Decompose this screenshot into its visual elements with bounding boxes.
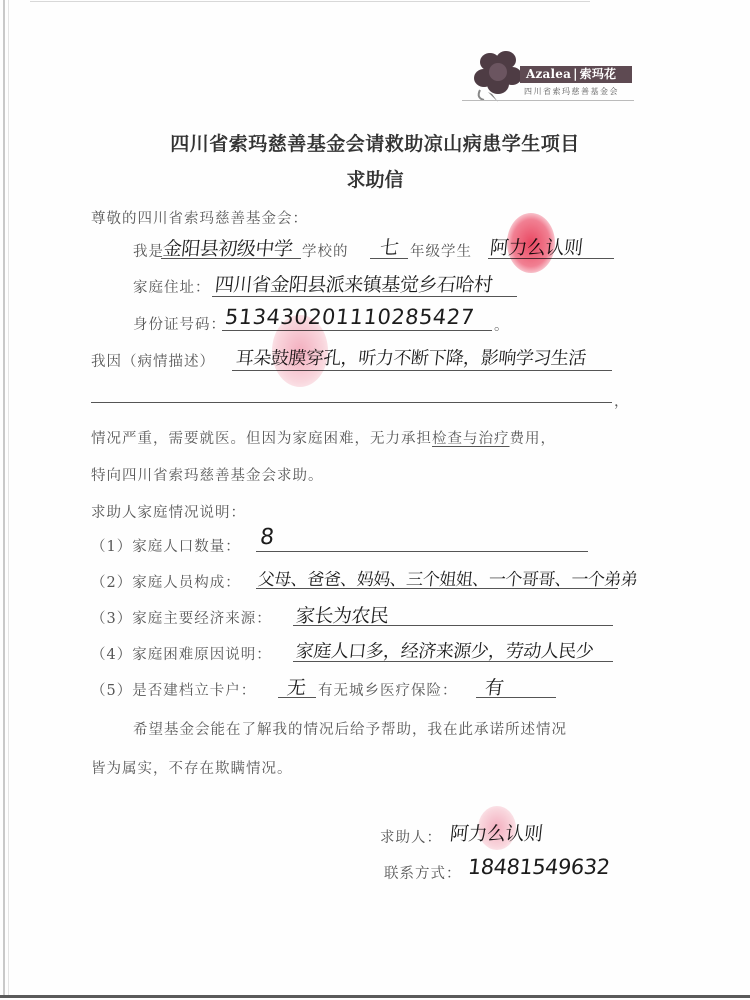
intro-prefix: 我是: [133, 240, 164, 261]
illness-underline-2: [91, 402, 612, 403]
school-value: 金阳县初级中学: [162, 234, 294, 261]
grade-underline: [370, 258, 408, 259]
family-item-5-label: （5）是否建档立卡户：: [91, 679, 256, 700]
address-label: 家庭住址：: [133, 276, 211, 297]
school-underline: [161, 258, 301, 259]
contact-label: 联系方式：: [384, 862, 462, 883]
applicant-label: 求助人：: [380, 826, 442, 847]
contact-value: 18481549632: [467, 855, 611, 879]
school-suffix: 学校的: [302, 240, 349, 261]
family-item-4-underline: [293, 661, 613, 662]
family-item-5-value: 无: [286, 673, 307, 700]
logo-brand-cn: 索玛花: [580, 67, 617, 81]
family-item-3-value: 家长为农民: [295, 601, 390, 628]
foundation-logo: Azalea|索玛花 四川省索玛慈善基金会: [462, 46, 642, 106]
family-item-4-value: 家庭人口多，经济来源少，劳动人民少: [295, 637, 595, 663]
grade-value: 七: [379, 233, 400, 260]
document-subtitle: 求助信: [0, 165, 750, 192]
body-line-2: 特向四川省索玛慈善基金会求助。: [91, 464, 324, 485]
document-title: 四川省索玛慈善基金会请救助凉山病患学生项目: [0, 129, 750, 156]
family-item-2-value: 父母、爸爸、妈妈、三个姐姐、一个哥哥、一个弟弟: [257, 565, 639, 590]
scan-edge-top: [30, 1, 590, 2]
address-underline: [212, 296, 517, 297]
logo-divider: [462, 100, 634, 101]
family-item-1-label: （1）家庭人口数量：: [91, 535, 241, 556]
logo-org-name: 四川省索玛慈善基金会: [524, 86, 634, 97]
family-item-3-label: （3）家庭主要经济来源：: [91, 607, 272, 628]
family-item-5-underline: [278, 697, 316, 698]
grade-suffix: 年级学生: [410, 240, 472, 261]
body-line-1: 情况严重，需要就医。但因为家庭困难，无力承担检查与治疗费用，: [91, 427, 556, 448]
id-number-label: 身份证号码：: [133, 313, 226, 334]
family-item-1-value: 8: [259, 525, 275, 550]
salutation: 尊敬的四川省索玛慈善基金会：: [91, 207, 308, 228]
body-line-1-prefix: 情况严重，需要就医。但因为家庭困难，无力承担: [91, 431, 432, 447]
insurance-label: 有无城乡医疗保险：: [318, 679, 458, 700]
logo-brand-band: Azalea|索玛花: [520, 66, 632, 83]
illness-label: 我因（病情描述）: [91, 350, 215, 371]
family-item-3-underline: [293, 625, 613, 626]
id-number-underline: [222, 330, 492, 331]
family-item-2-label: （2）家庭人员构成：: [91, 571, 241, 592]
logo-brand-en: Azalea: [526, 67, 571, 81]
body-underlined-phrase: 检查与治疗: [432, 431, 510, 447]
fingerprint-seal-name: [507, 213, 555, 273]
insurance-underline: [476, 697, 556, 698]
address-value: 四川省金阳县派来镇基觉乡石哈村: [214, 270, 494, 297]
family-item-4-label: （4）家庭困难原因说明：: [91, 643, 272, 664]
fingerprint-seal-id: [272, 315, 328, 387]
closing-line-1: 希望基金会能在了解我的情况后给予帮助，我在此承诺所述情况: [133, 718, 567, 739]
insurance-value: 有: [484, 673, 505, 700]
family-item-1-underline: [256, 551, 588, 552]
id-number-value: 513430201110285427: [224, 305, 476, 329]
id-number-end: 。: [494, 314, 510, 335]
body-line-1-suffix: 费用，: [510, 431, 557, 447]
fingerprint-seal-signature: [478, 806, 516, 850]
scan-edge-bottom: [0, 995, 750, 998]
family-heading: 求助人家庭情况说明：: [91, 501, 246, 522]
family-item-2-underline: [256, 588, 618, 589]
scanned-letter-page: Azalea|索玛花 四川省索玛慈善基金会 四川省索玛慈善基金会请救助凉山病患学…: [0, 0, 750, 1000]
illness-line-end: ，: [614, 390, 630, 411]
closing-line-2: 皆为属实，不存在欺瞒情况。: [91, 757, 293, 778]
